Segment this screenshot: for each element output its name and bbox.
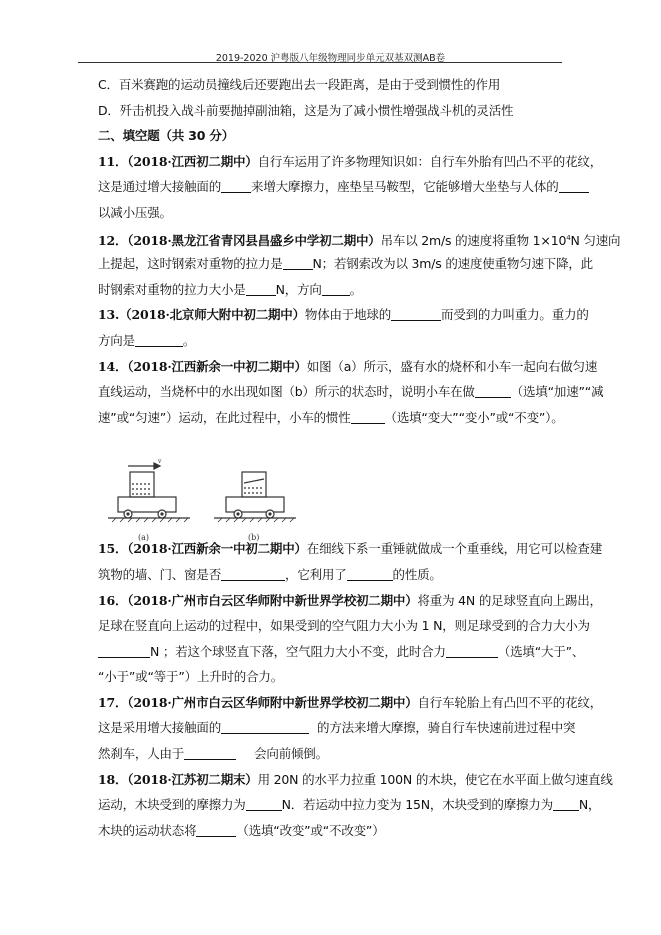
answer-blank[interactable]	[347, 567, 393, 581]
option-c: C．百米赛跑的运动员撞线后还要跑出去一段距离，是由于受到惯性的作用	[98, 72, 564, 98]
option-d: D．歼击机投入战斗前要抛掉副油箱，这是为了减小惯性增强战斗机的灵活性	[98, 98, 564, 124]
question-12: 12．（2018·黑龙江省青冈县昌盛乡中学初二期中）吊车以 2m/s 的速度将重…	[98, 226, 564, 252]
question-14: 14．（2018·江西新余一中初二期中）如图（a）所示，盛有水的烧杯和小车一起向…	[98, 354, 564, 380]
answer-blank[interactable]	[391, 307, 441, 321]
answer-blank[interactable]	[98, 644, 150, 658]
question-18: 18．（2018·江苏初二期末）用 20N 的水平力拉重 100N 的木块，使它…	[98, 767, 564, 793]
answer-blank[interactable]	[351, 410, 385, 424]
answer-blank[interactable]	[246, 797, 282, 811]
cart-diagram-icon: v (a) (b)	[98, 452, 318, 552]
cart-beaker-figure: v (a) (b)	[98, 452, 318, 552]
answer-blank[interactable]	[553, 797, 579, 811]
answer-blank[interactable]	[221, 567, 285, 581]
answer-blank[interactable]	[196, 823, 236, 837]
answer-blank[interactable]	[559, 179, 589, 193]
answer-blank[interactable]	[221, 720, 309, 734]
answer-blank[interactable]	[184, 746, 236, 760]
question-13: 13.（2018·北京师大附中初二期中）物体由于地球的而受到的力叫重力。重力的	[98, 302, 564, 328]
answer-blank[interactable]	[135, 333, 183, 347]
question-11: 11．（2018·江西初二期中）自行车运用了许多物理知识如：自行车外胎有凹凸不平…	[98, 149, 564, 175]
section-title: 二、填空题（共 30 分）	[98, 123, 564, 149]
svg-text:v: v	[157, 458, 162, 465]
svg-text:(b): (b)	[248, 533, 259, 542]
answer-blank[interactable]	[246, 282, 276, 296]
answer-blank[interactable]	[283, 256, 313, 270]
question-16: 16．（2018·广州市白云区华师附中新世界学校初二期中）将重为 4N 的足球竖…	[98, 588, 564, 614]
answer-blank[interactable]	[221, 179, 251, 193]
svg-text:(a): (a)	[138, 533, 149, 542]
answer-blank[interactable]	[446, 644, 498, 658]
question-17: 17．（2018·广州市白云区华师附中新世界学校初二期中）自行车轮胎上有凸凹不平…	[98, 690, 564, 716]
answer-blank[interactable]	[475, 384, 511, 398]
answer-blank[interactable]	[322, 282, 350, 296]
header-divider	[78, 62, 562, 63]
